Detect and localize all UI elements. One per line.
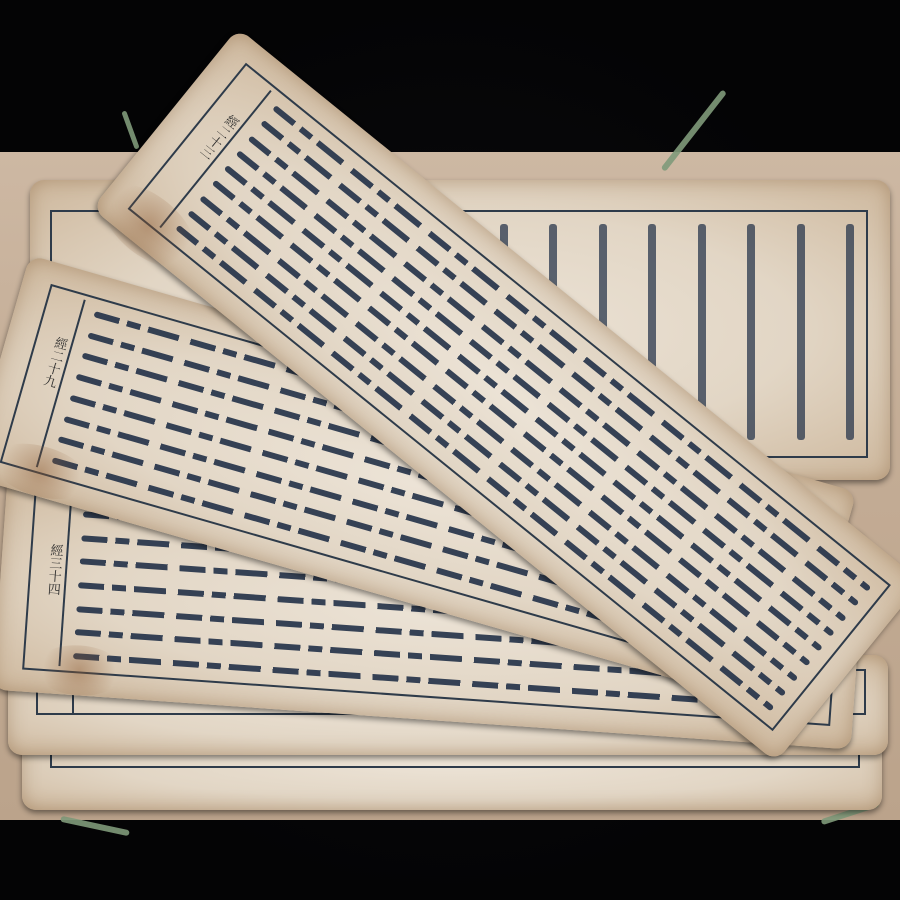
margin-label: 經三十四 <box>39 543 63 596</box>
manuscript-photo: 經三十四 經二十九 經二十三 <box>0 0 900 900</box>
green-tie-left <box>121 110 139 149</box>
